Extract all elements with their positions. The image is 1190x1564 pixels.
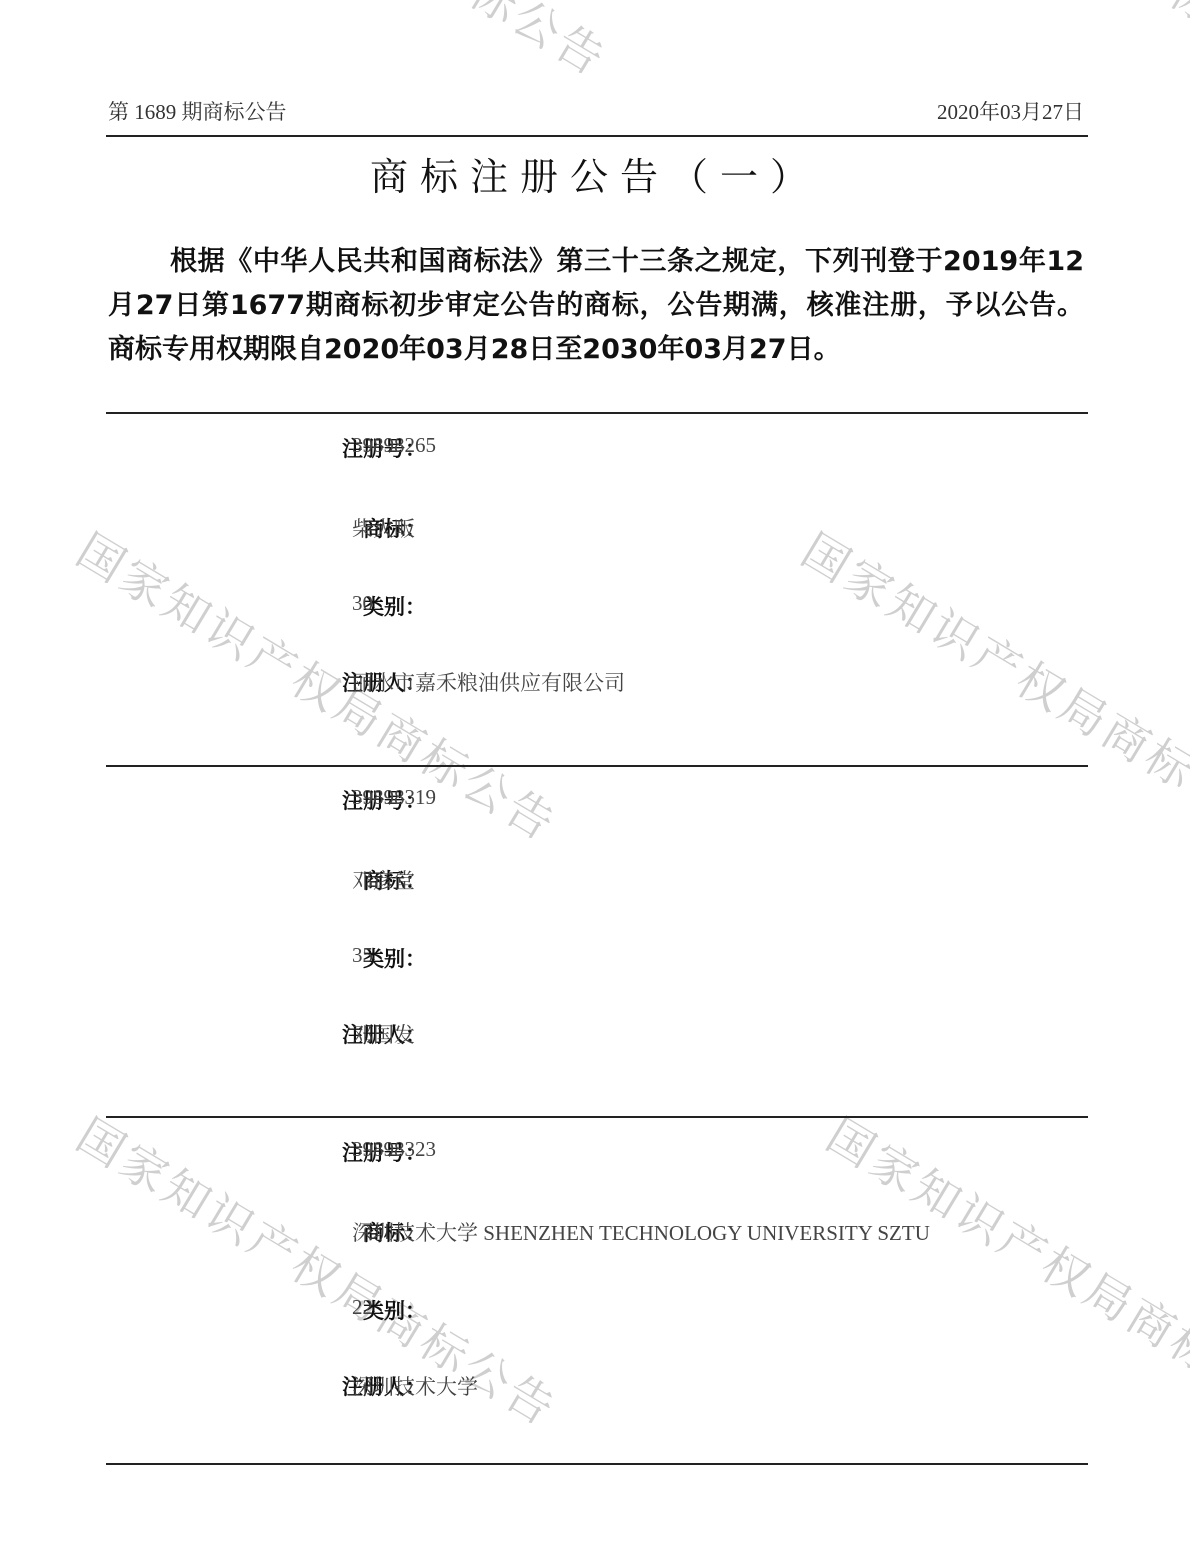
page-header: 第 1689 期商标公告 2020年03月27日 [106,96,1086,126]
registrant-row: 注册人： 深圳技术大学 [106,1371,1088,1403]
page-title: 商标注册公告（一） [0,146,1190,201]
reg-no-row: 注册号： 39898319 [106,785,1088,817]
mark-row: 商标： 深圳技术大学 SHENZHEN TECHNOLOGY UNIVERSIT… [106,1217,1088,1249]
reg-no-row: 注册号： 39898323 [106,1137,1088,1169]
header-divider [106,135,1088,137]
mark-value: 深圳技术大学 SHENZHEN TECHNOLOGY UNIVERSITY SZ… [352,1217,930,1247]
issue-date: 2020年03月27日 [937,96,1084,126]
registrant-row: 注册人： 邓国发 [106,1019,1088,1051]
record-divider [106,765,1088,767]
record-divider [106,412,1088,414]
record-divider [106,1116,1088,1118]
mark-row: 商标： 邓彦堂 [106,865,1088,897]
intro-paragraph: 根据《中华人民共和国商标法》第三十三条之规定，下列刊登于2019年12月27日第… [108,240,1084,372]
class-value: 30 [352,591,373,616]
reg-no-value: 39898319 [352,785,436,810]
mark-value: 柴火畈 [352,513,415,543]
mark-row: 商标： 柴火畈 [106,513,1088,545]
registrant-row: 注册人： 丽水市嘉禾粮油供应有限公司 [106,667,1088,699]
class-row: 类别： 35 [106,943,1088,975]
registrant-value: 丽水市嘉禾粮油供应有限公司 [352,667,625,697]
watermark: 国家知识产权局商标公告 [116,0,621,90]
class-row: 类别： 22 [106,1295,1088,1327]
class-row: 类别： 30 [106,591,1088,623]
registrant-value: 深圳技术大学 [352,1371,478,1401]
class-value: 22 [352,1295,373,1320]
registrant-value: 邓国发 [352,1019,415,1049]
watermark: 国家知识产权局商标公告 [816,0,1190,90]
reg-no-row: 注册号： 39898265 [106,433,1088,465]
issue-number: 第 1689 期商标公告 [108,96,287,126]
mark-value: 邓彦堂 [352,865,415,895]
reg-no-value: 39898323 [352,1137,436,1162]
class-value: 35 [352,943,373,968]
reg-no-value: 39898265 [352,433,436,458]
footer-divider [106,1463,1088,1465]
